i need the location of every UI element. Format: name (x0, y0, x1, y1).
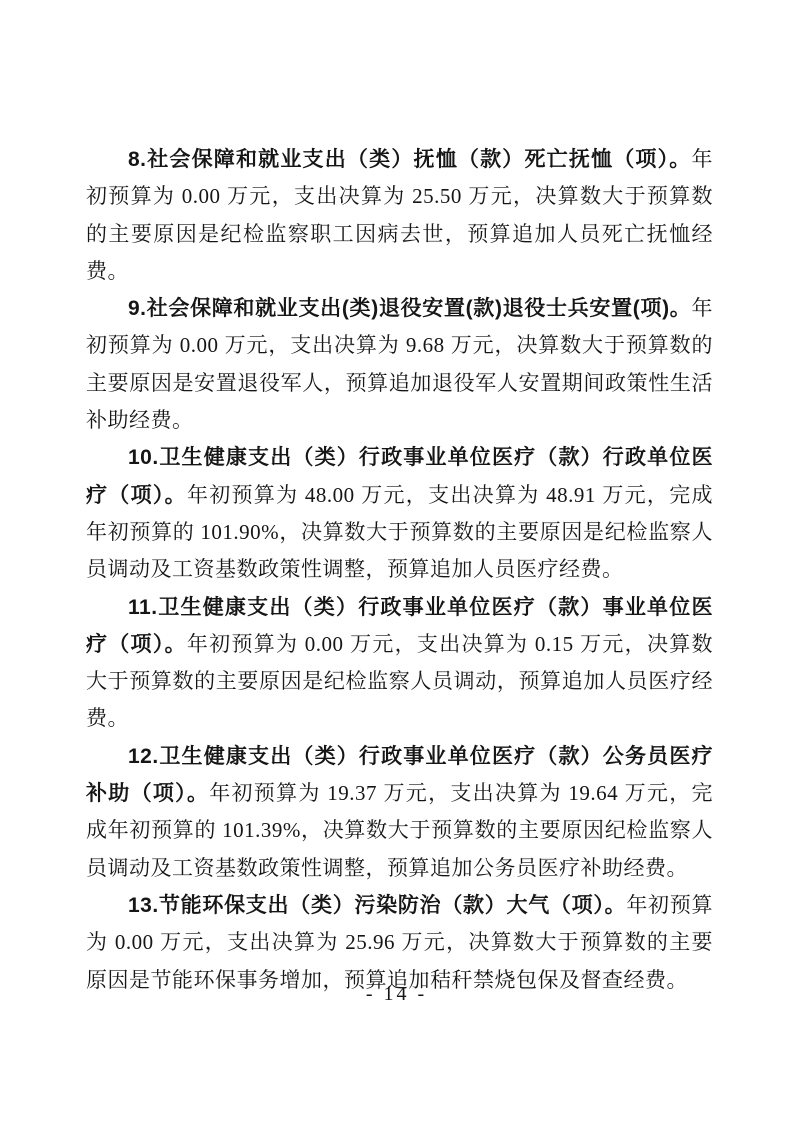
paragraph-item-11: 11.卫生健康支出（类）行政事业单位医疗（款）事业单位医疗（项）。年初预算为 0… (86, 589, 713, 738)
paragraph-item-10: 10.卫生健康支出（类）行政事业单位医疗（款）行政单位医疗（项）。年初预算为 4… (86, 439, 713, 588)
paragraph-item-9: 9.社会保障和就业支出(类)退役安置(款)退役士兵安置(项)。年初预算为 0.0… (86, 290, 713, 439)
document-page: 8.社会保障和就业支出（类）抚恤（款）死亡抚恤（项）。年初预算为 0.00 万元… (0, 0, 793, 1122)
paragraph-13-heading: 13.节能环保支出（类）污染防治（款）大气（项）。 (128, 894, 626, 917)
paragraph-8-heading: 8.社会保障和就业支出（类）抚恤（款）死亡抚恤（项）。 (128, 148, 692, 171)
paragraph-item-8: 8.社会保障和就业支出（类）抚恤（款）死亡抚恤（项）。年初预算为 0.00 万元… (86, 141, 713, 290)
document-body: 8.社会保障和就业支出（类）抚恤（款）死亡抚恤（项）。年初预算为 0.00 万元… (86, 141, 713, 999)
paragraph-item-12: 12.卫生健康支出（类）行政事业单位医疗（款）公务员医疗补助（项）。年初预算为 … (86, 738, 713, 887)
paragraph-9-heading: 9.社会保障和就业支出(类)退役安置(款)退役士兵安置(项)。 (128, 297, 692, 320)
page-number: - 14 - (0, 983, 793, 1006)
